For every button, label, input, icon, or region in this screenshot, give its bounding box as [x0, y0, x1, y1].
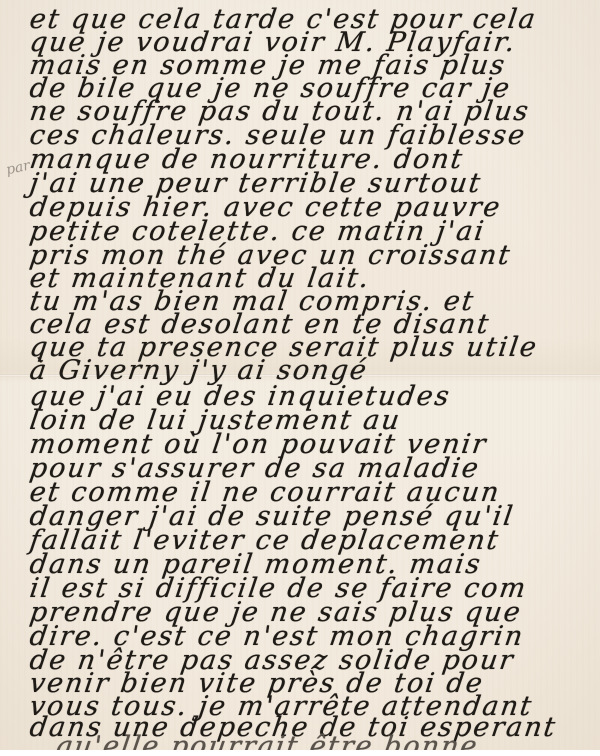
letter-line-32: qu'elle pourrait être bonne	[53, 731, 481, 750]
letter-page: par et que cela tarde c'est pour cela qu…	[0, 0, 600, 750]
margin-note: par	[5, 158, 32, 179]
scan-bottom-edge	[0, 750, 600, 756]
